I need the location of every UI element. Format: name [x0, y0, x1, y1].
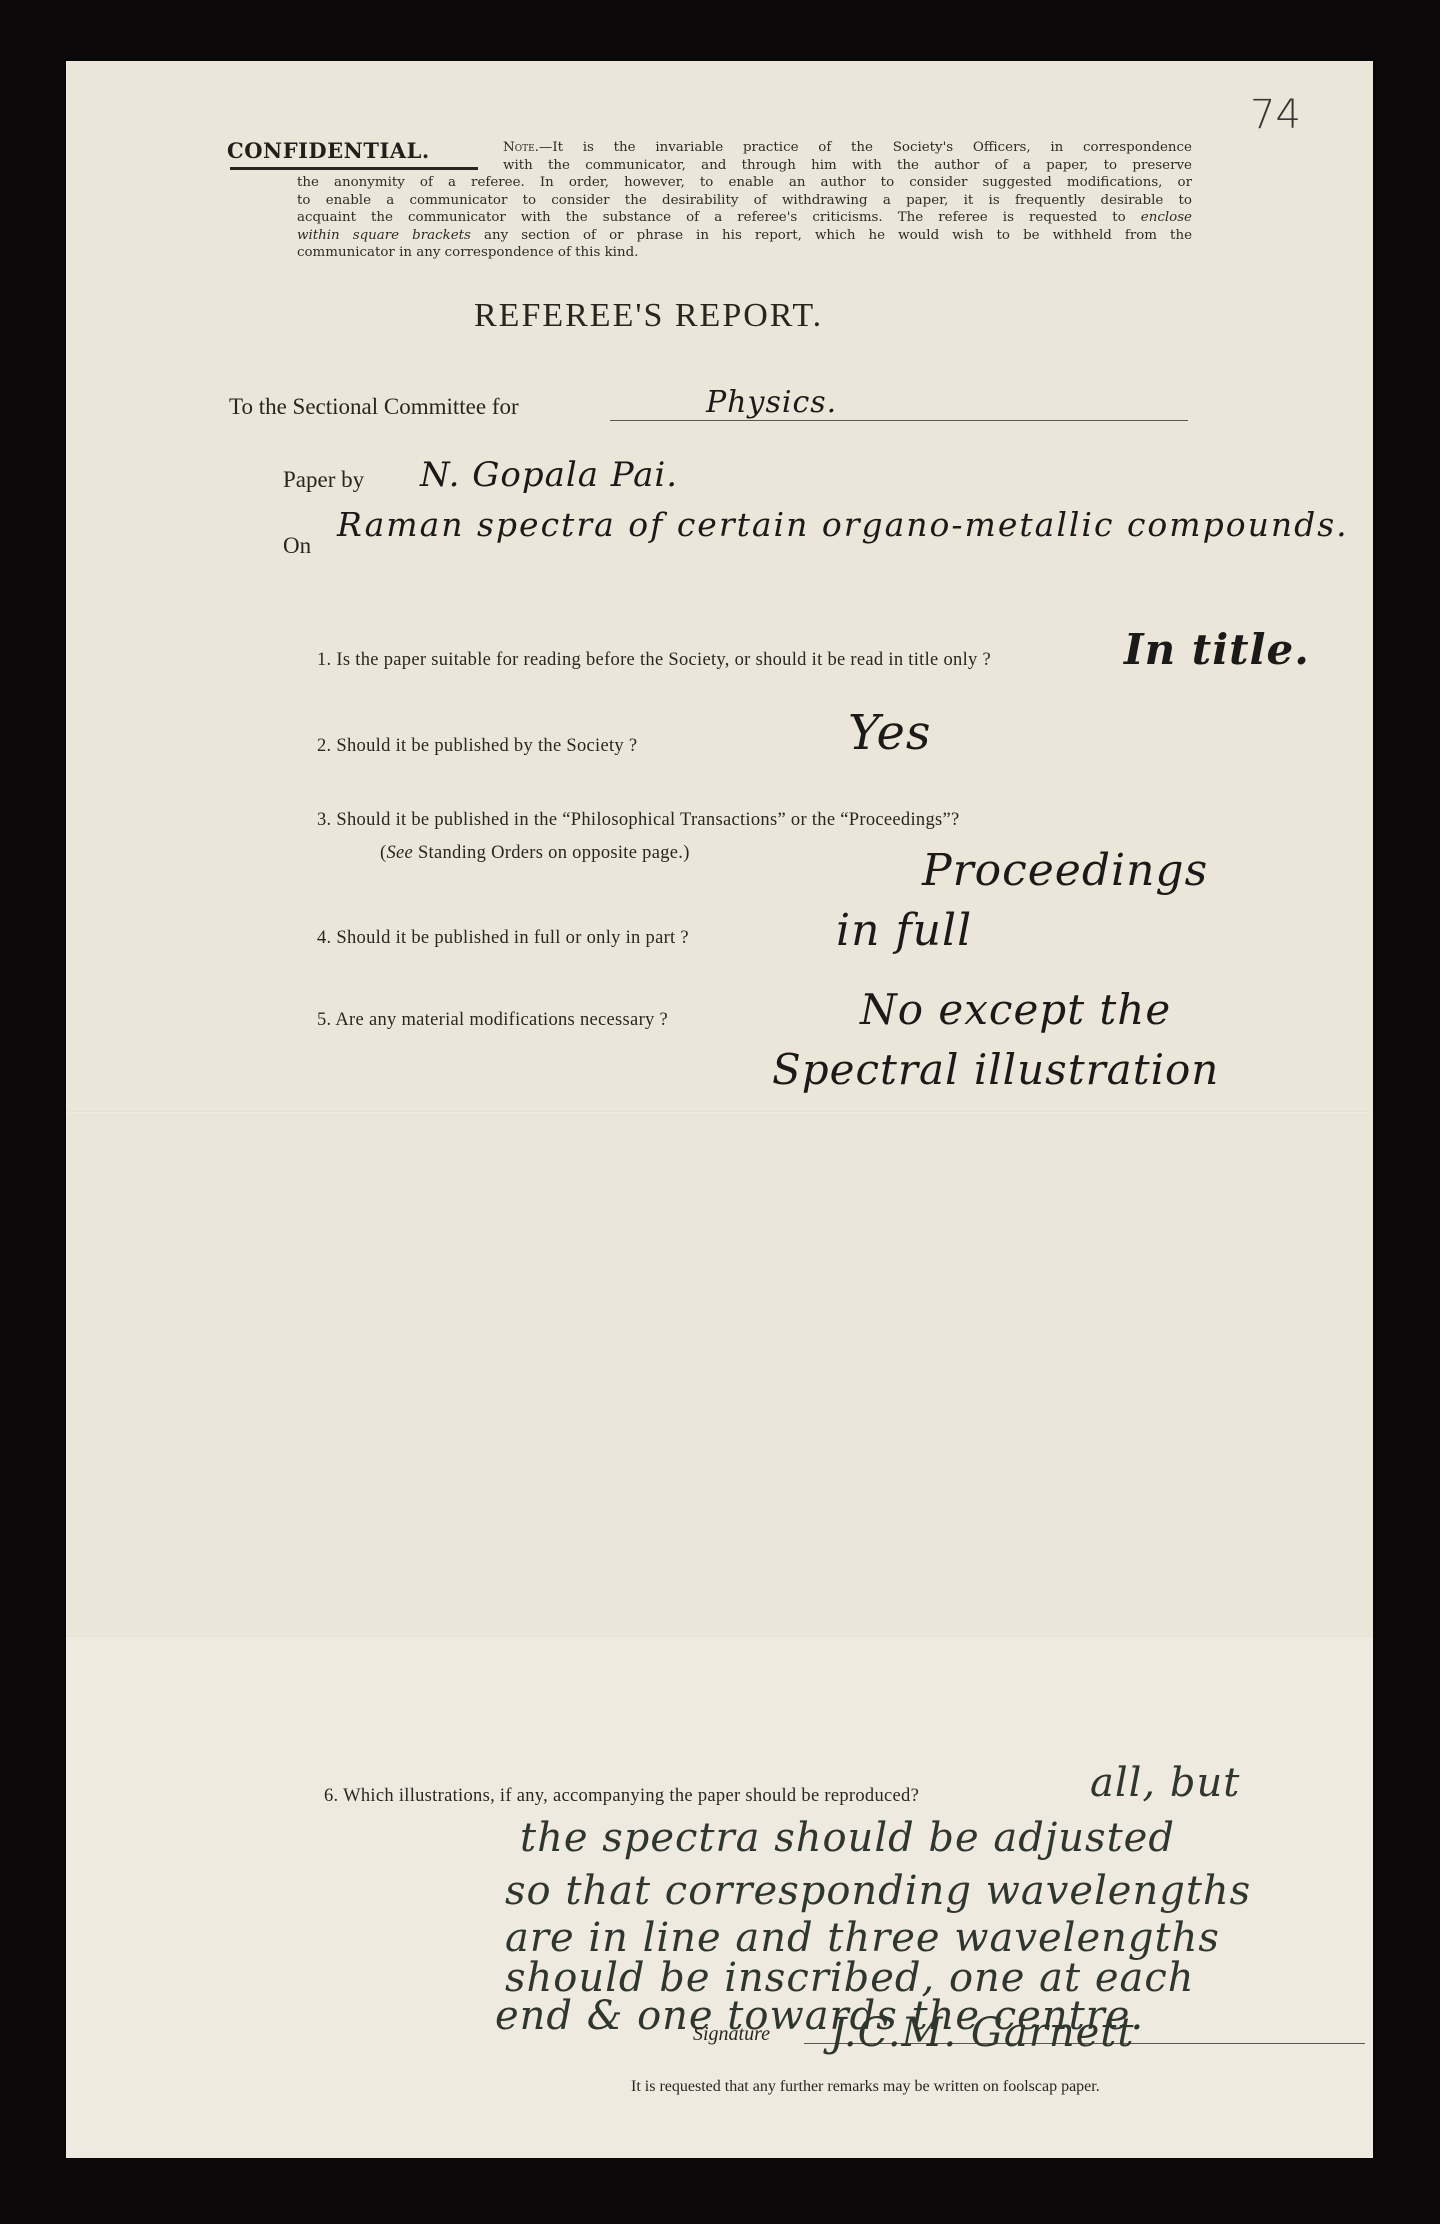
- answer-5-line-2[interactable]: Spectral illustration: [772, 1045, 1219, 1094]
- fold-line-lower: [66, 1636, 1373, 1638]
- page-number: 74: [1250, 92, 1301, 138]
- on-value[interactable]: Raman spectra of certain organo-metallic…: [337, 505, 1349, 544]
- question-6: 6. Which illustrations, if any, accompan…: [324, 1786, 919, 1807]
- answer-3[interactable]: Proceedings: [922, 845, 1208, 896]
- note-line-2: with the communicator, and through him w…: [503, 159, 1192, 172]
- question-3-note: (See Standing Orders on opposite page.): [380, 843, 690, 864]
- committee-value[interactable]: Physics.: [706, 385, 837, 420]
- question-5: 5. Are any material modifications necess…: [317, 1010, 668, 1031]
- confidential-underline: [230, 167, 478, 170]
- answer-1[interactable]: In title.: [1124, 625, 1310, 674]
- report-title: REFEREE'S REPORT.: [474, 297, 823, 335]
- signature-value[interactable]: J.C.M. Garnett: [830, 2010, 1134, 2056]
- note-line-5: acquaint the communicator with the subst…: [297, 211, 1192, 224]
- answer-5-line-1[interactable]: No except the: [860, 985, 1171, 1034]
- note-line-1: Note.—It is the invariable practice of t…: [503, 141, 1192, 154]
- note-line-4: to enable a communicator to consider the…: [297, 194, 1192, 207]
- answer-6-line-1[interactable]: all, but: [1090, 1760, 1240, 1806]
- answer-6-line-3[interactable]: so that corresponding wavelengths: [505, 1868, 1251, 1914]
- note-line-6: within square brackets any section of or…: [297, 229, 1192, 242]
- committee-label: To the Sectional Committee for: [229, 394, 519, 420]
- question-1: 1. Is the paper suitable for reading bef…: [317, 650, 991, 671]
- committee-underline: [610, 420, 1188, 421]
- note-line-7: communicator in any correspondence of th…: [297, 246, 638, 259]
- signature-label: Signature: [693, 2023, 770, 2046]
- answer-6-line-2[interactable]: the spectra should be adjusted: [520, 1815, 1175, 1861]
- question-3: 3. Should it be published in the “Philos…: [317, 810, 960, 831]
- note-line-3: the anonymity of a referee. In order, ho…: [297, 176, 1192, 189]
- question-4: 4. Should it be published in full or onl…: [317, 928, 689, 949]
- answer-2[interactable]: Yes: [848, 705, 932, 761]
- confidential-heading: CONFIDENTIAL.: [227, 138, 430, 163]
- paper-by-value[interactable]: N. Gopala Pai.: [420, 455, 678, 495]
- fold-line-upper: [66, 1111, 1373, 1113]
- on-label: On: [283, 533, 311, 559]
- answer-4[interactable]: in full: [836, 905, 972, 956]
- question-2: 2. Should it be published by the Society…: [317, 736, 637, 757]
- footnote: It is requested that any further remarks…: [631, 2078, 1100, 2096]
- paper-by-label: Paper by: [283, 467, 364, 493]
